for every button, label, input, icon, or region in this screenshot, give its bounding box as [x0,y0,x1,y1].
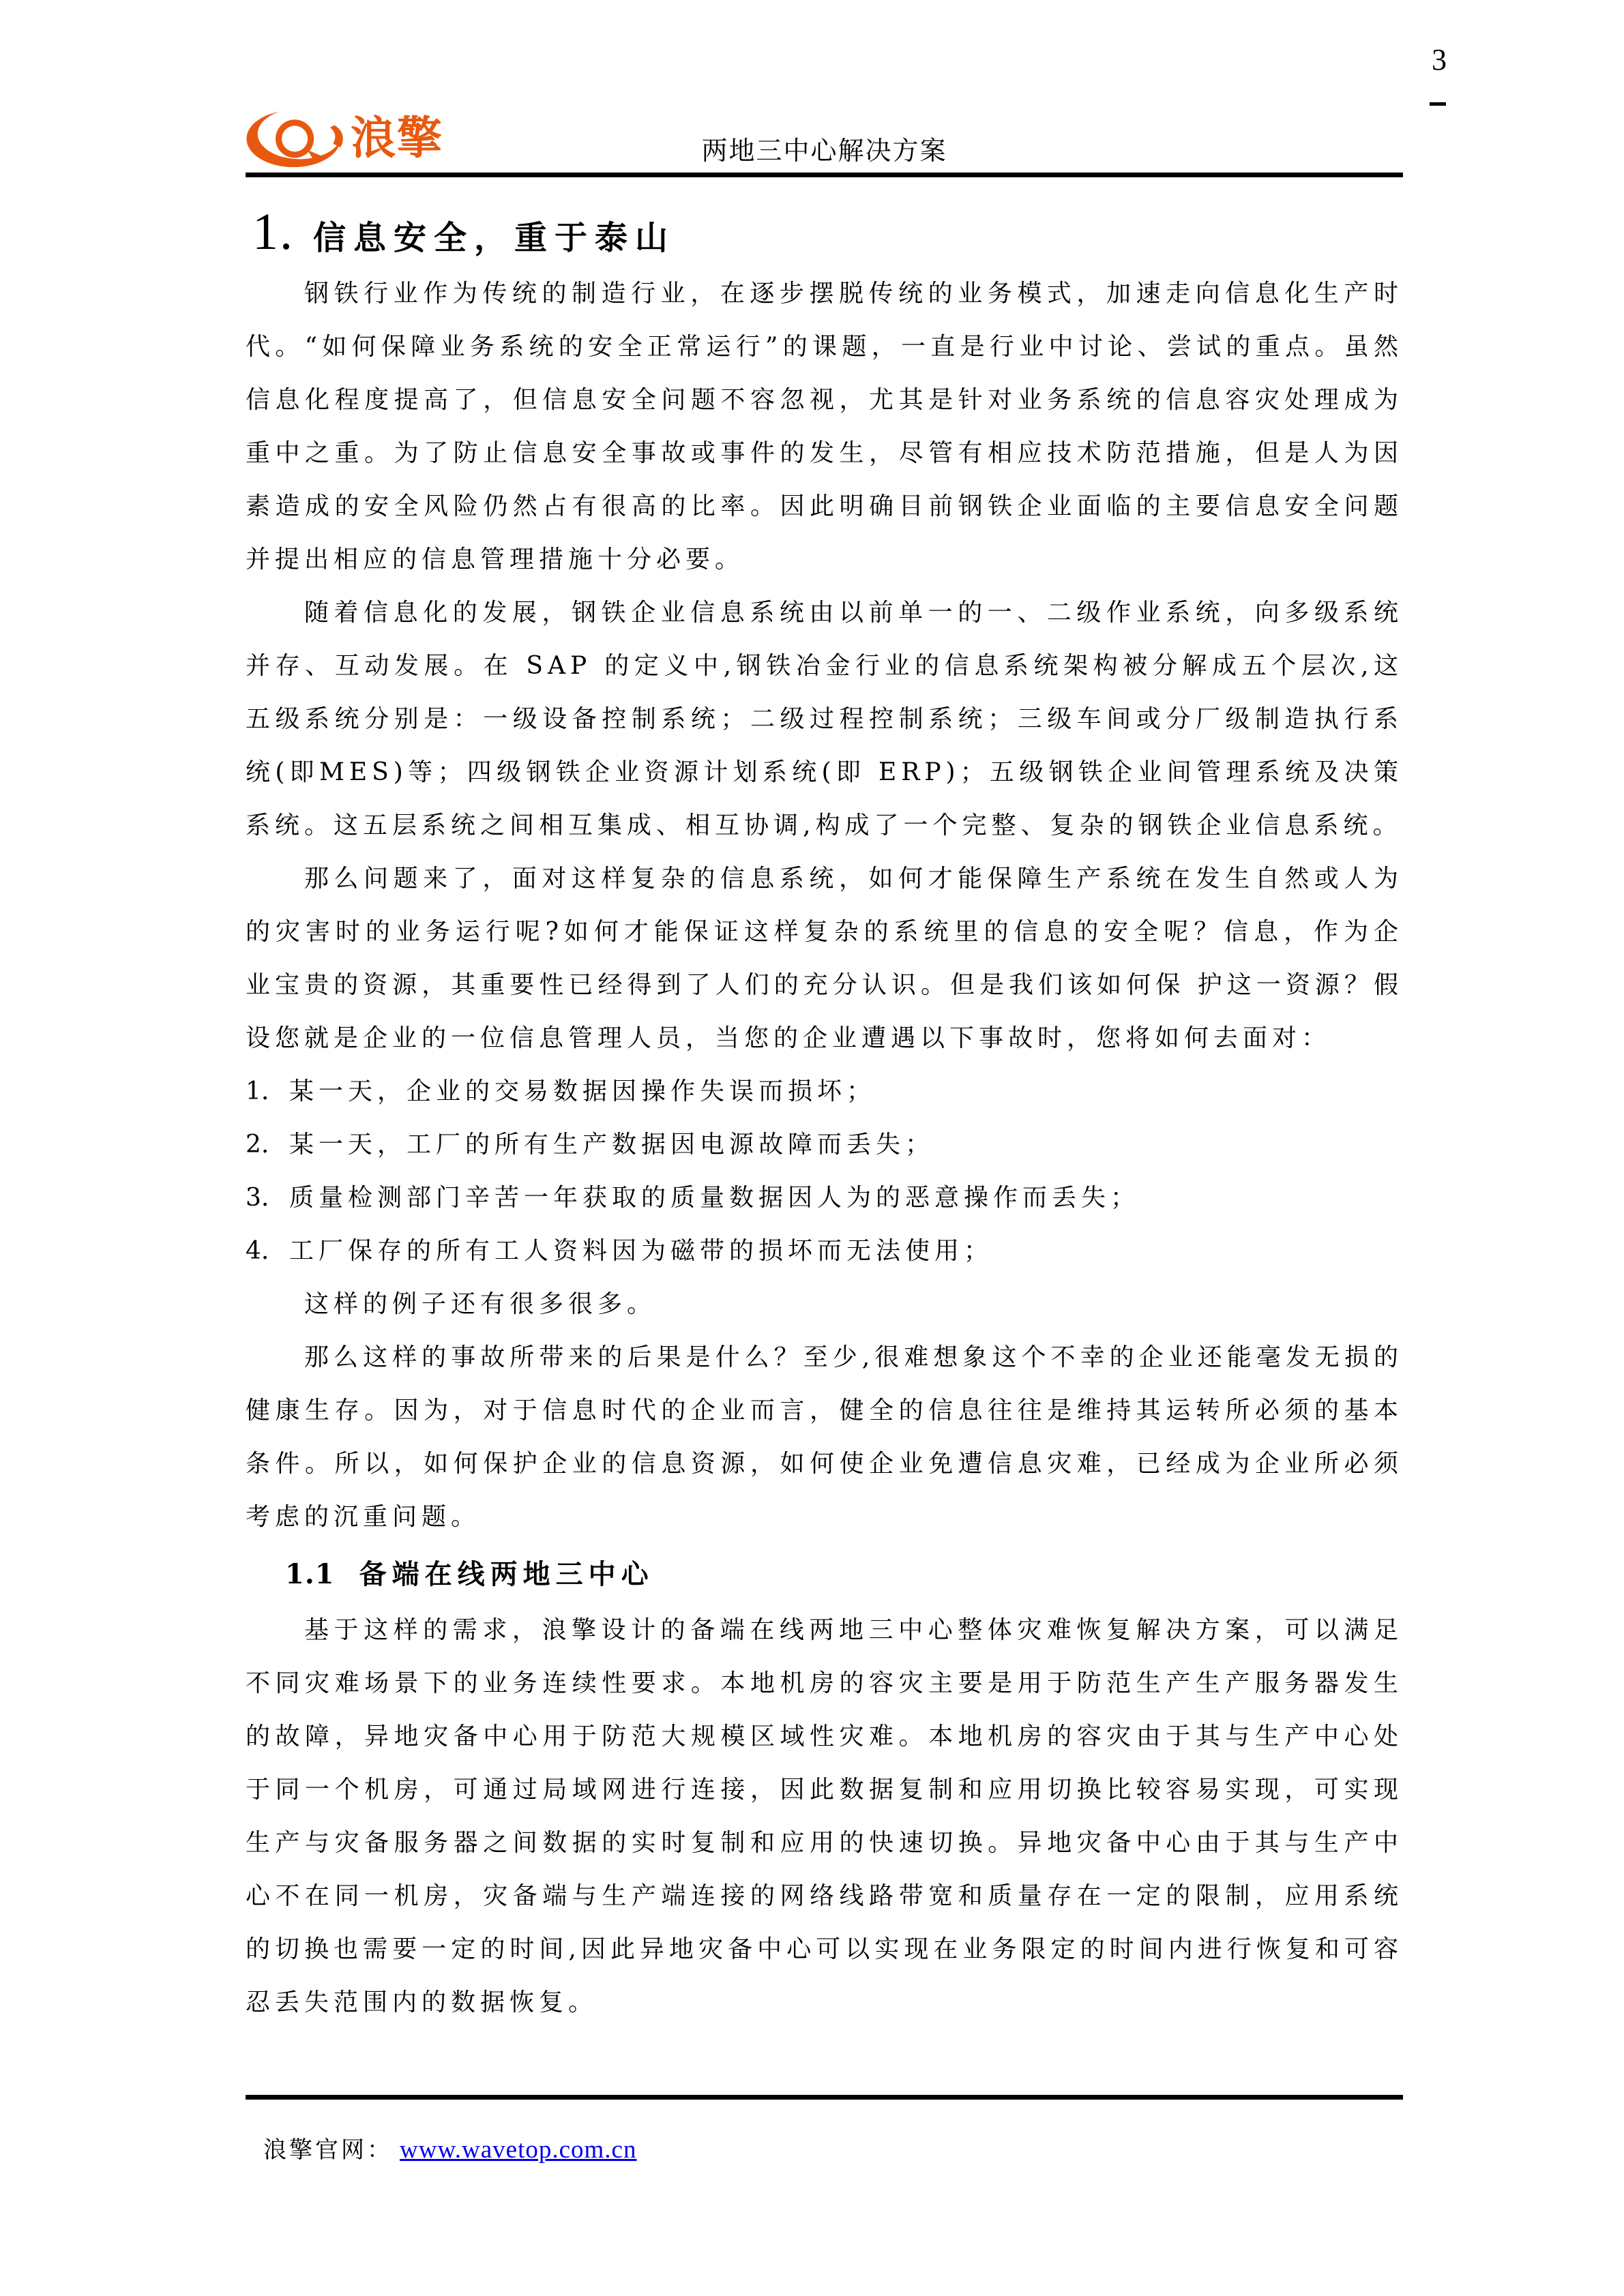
section-heading: 1.1 备端在线两地三中心 [285,1553,1403,1596]
footer: 浪擎官网： www.wavetop.com.cn [263,2134,636,2166]
list-item: 2. 某一天，工厂的所有生产数据因电源故障而丢失； [246,1118,1403,1172]
list-item-number: 1. [246,1065,289,1118]
chapter-number: 1. [252,196,294,267]
footer-label: 浪擎官网： [263,2134,393,2166]
list-item-text: 某一天，企业的交易数据因操作失误而损坏； [289,1065,1403,1118]
page-number-dash [1430,102,1446,106]
paragraph-5: 那么这样的事故所带来的后果是什么？至少,很难想象这个不幸的企业还能毫发无损的健康… [246,1331,1403,1544]
paragraph-6: 基于这样的需求，浪擎设计的备端在线两地三中心整体灾难恢复解决方案，可以满足不同灾… [246,1604,1403,2029]
paragraph-1: 钢铁行业作为传统的制造行业，在逐步摆脱传统的业务模式，加速走向信息化生产时代。“… [246,267,1403,586]
document-body: 1. 信息安全，重于泰山 钢铁行业作为传统的制造行业，在逐步摆脱传统的业务模式，… [246,0,1403,2029]
list-item-number: 2. [246,1118,289,1172]
list-item-text: 工厂保存的所有工人资料因为磁带的损坏而无法使用； [289,1225,1403,1278]
list-item: 1. 某一天，企业的交易数据因操作失误而损坏； [246,1065,1403,1118]
chapter-heading: 1. 信息安全，重于泰山 [252,196,1403,267]
chapter-title: 信息安全，重于泰山 [313,203,675,273]
footer-rule [246,2095,1403,2100]
list-item: 4. 工厂保存的所有工人资料因为磁带的损坏而无法使用； [246,1225,1403,1278]
list-item-number: 3. [246,1172,289,1225]
section-number: 1.1 [285,1553,335,1596]
list-item: 3. 质量检测部门辛苦一年获取的质量数据因人为的恶意操作而丢失； [246,1172,1403,1225]
list-item-text: 质量检测部门辛苦一年获取的质量数据因人为的恶意操作而丢失； [289,1172,1403,1225]
page-number: 3 [1419,42,1460,78]
paragraph-2: 随着信息化的发展，钢铁企业信息系统由以前单一的一、二级作业系统，向多级系统并存、… [246,586,1403,852]
list-item-text: 某一天，工厂的所有生产数据因电源故障而丢失； [289,1118,1403,1172]
section-title: 备端在线两地三中心 [359,1553,654,1596]
document-page: 浪擎 两地三中心解决方案 3 1. 信息安全，重于泰山 钢铁行业作为传统的制造行… [0,0,1624,2296]
list-item-number: 4. [246,1225,289,1278]
paragraph-3: 那么问题来了，面对这样复杂的信息系统，如何才能保障生产系统在发生自然或人为的灾害… [246,852,1403,1065]
footer-website-link[interactable]: www.wavetop.com.cn [400,2134,636,2166]
paragraph-4: 这样的例子还有很多很多。 [246,1278,1403,1331]
